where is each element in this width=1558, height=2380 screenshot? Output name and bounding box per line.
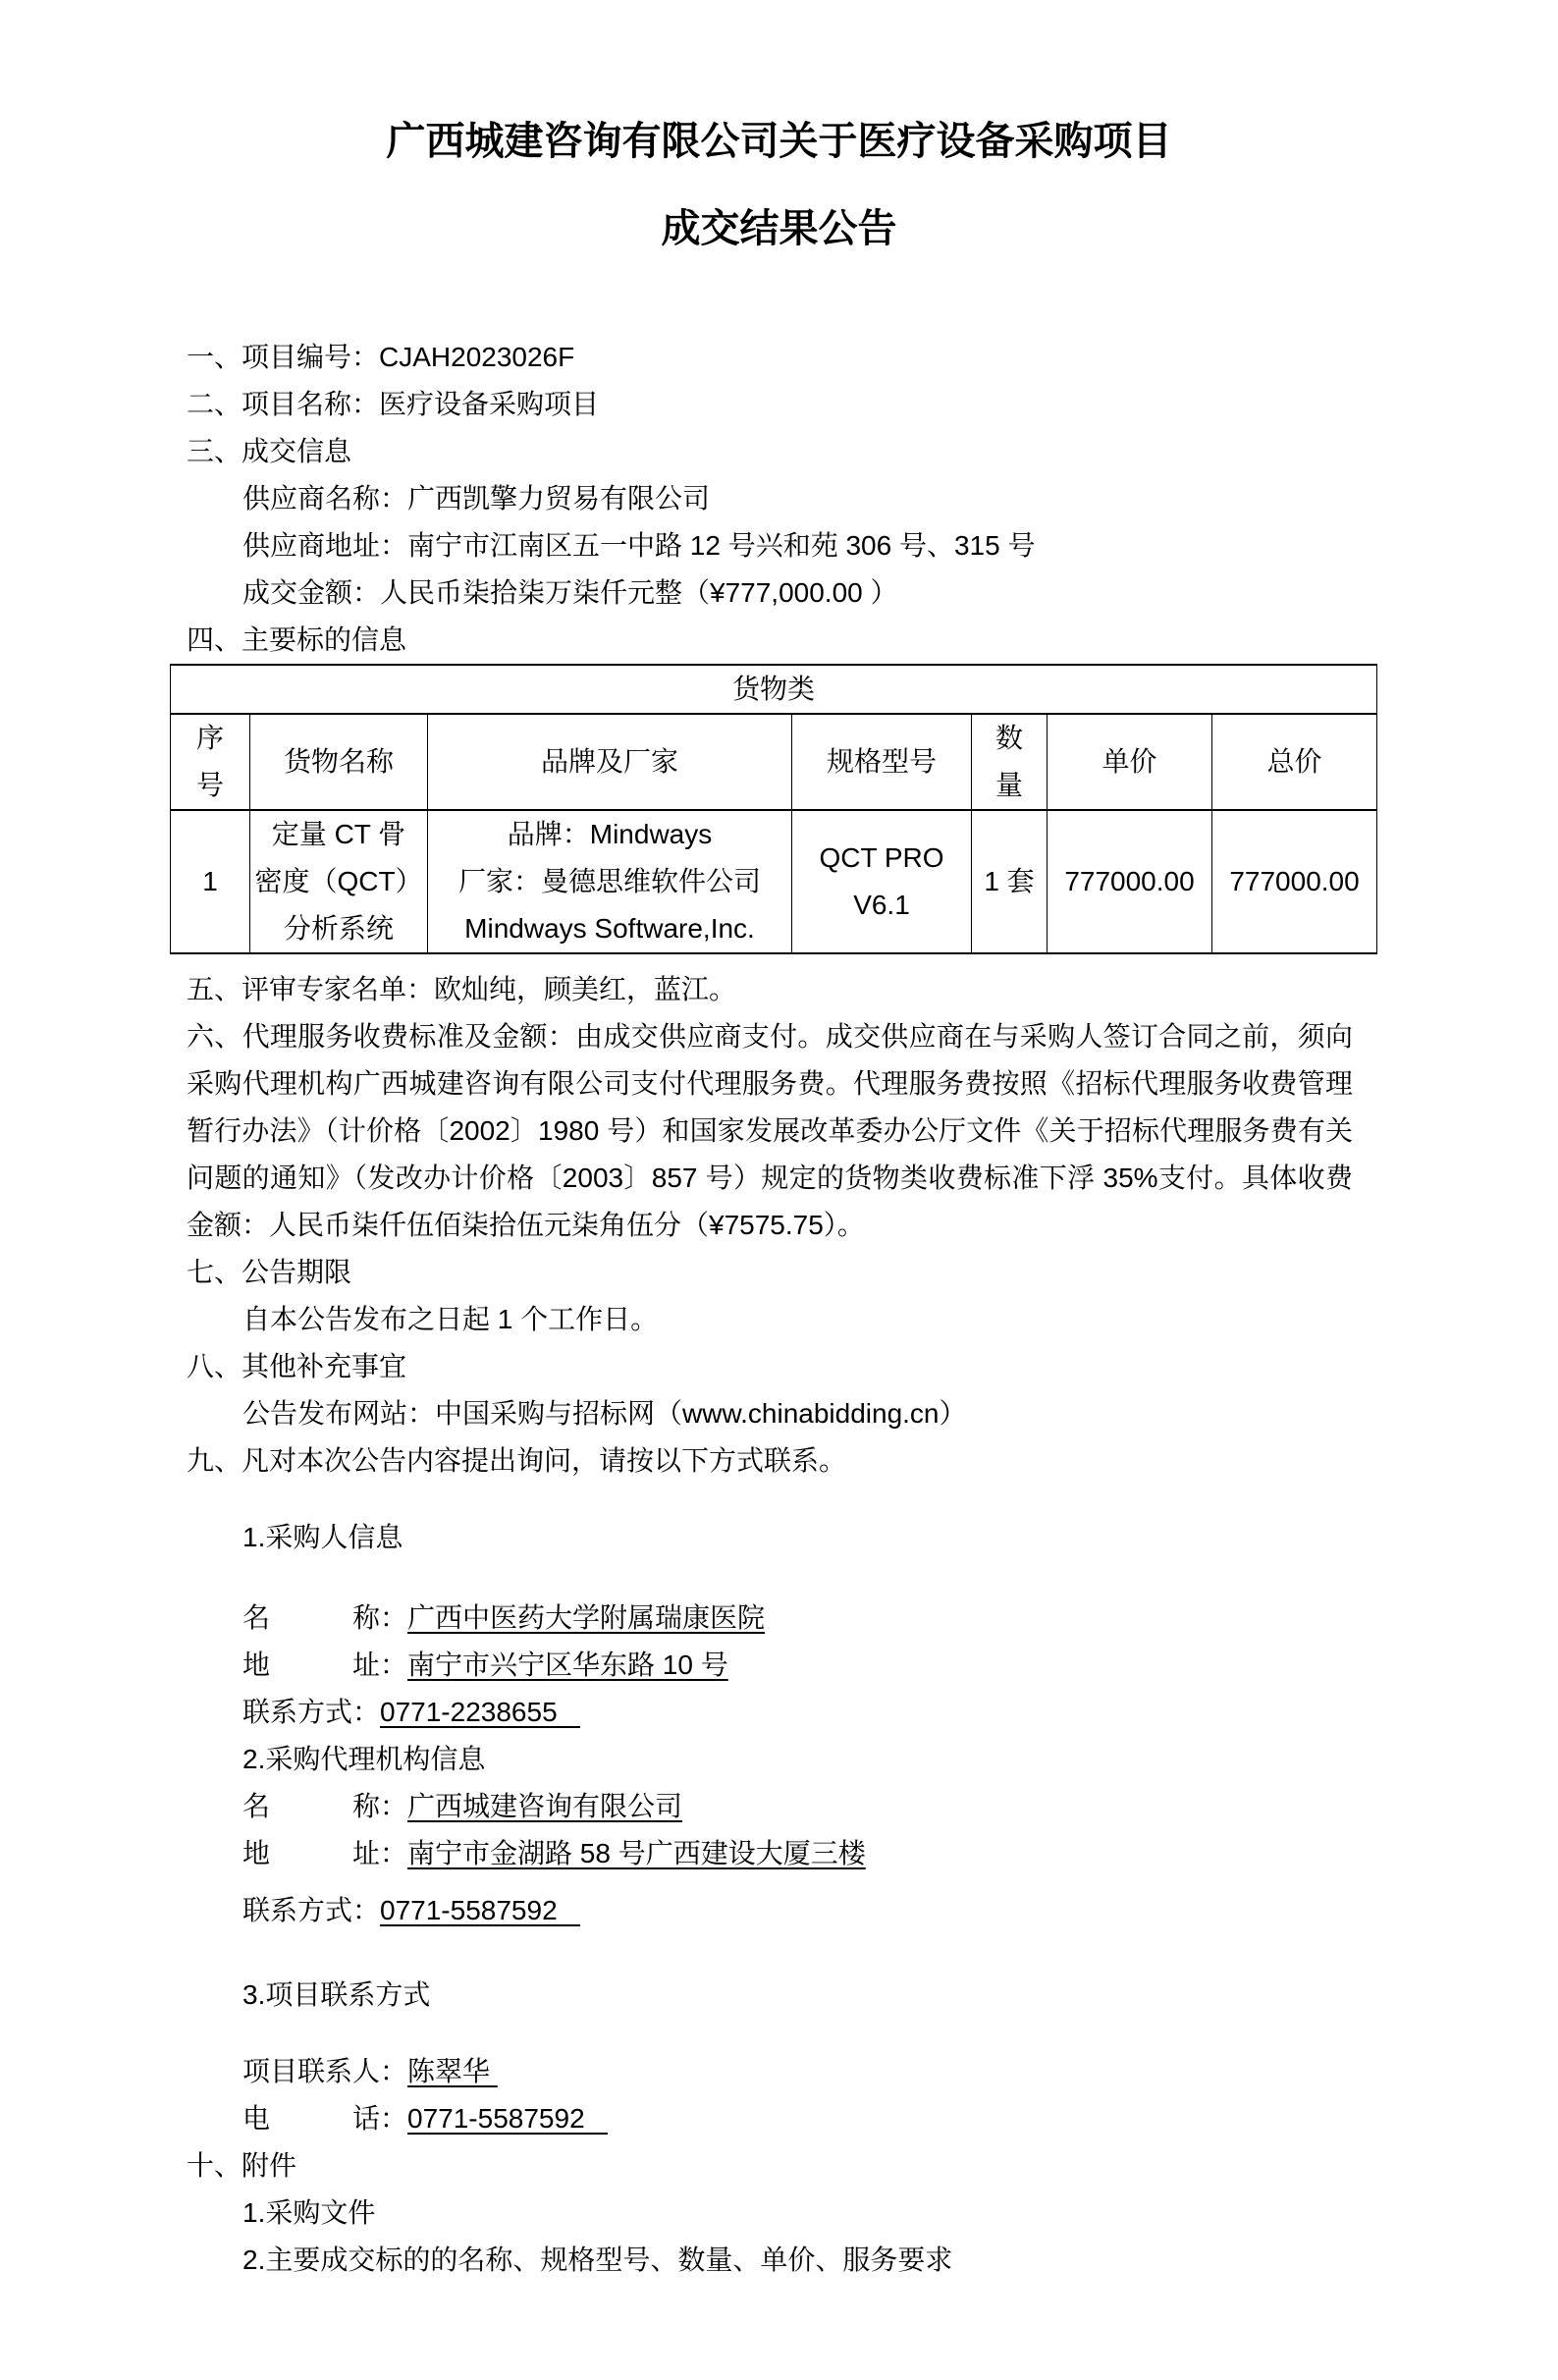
supplier-name-line: 供应商名称：广西凯擎力贸易有限公司	[187, 475, 1353, 522]
col-header-total-price: 总价	[1212, 714, 1377, 810]
col-header-goods-name: 货物名称	[250, 714, 428, 810]
agency-phone-label: 联系方式：	[242, 1895, 380, 1925]
col-header-unit-price: 单价	[1048, 714, 1212, 810]
agency-address-label: 地 址：	[242, 1838, 407, 1868]
purchaser-name-value: 广西中医药大学附属瑞康医院	[407, 1602, 765, 1633]
section-notice-period-heading: 七、公告期限	[187, 1249, 1353, 1296]
award-amount-line: 成交金额：人民币柒拾柒万柒仟元整（¥777,000.00 ）	[187, 569, 1353, 617]
section-project-name: 二、项目名称：医疗设备采购项目	[187, 381, 1353, 428]
agency-name-line: 名 称：广西城建咨询有限公司	[187, 1783, 1353, 1830]
purchaser-phone-line: 联系方式：0771-2238655	[187, 1689, 1353, 1736]
section-inquiry: 九、凡对本次公告内容提出询问，请按以下方式联系。	[187, 1437, 1353, 1485]
cell-seq: 1	[171, 810, 250, 953]
purchaser-address-label: 地 址：	[242, 1650, 407, 1680]
agency-name-label: 名 称：	[242, 1791, 407, 1821]
section-award-info-heading: 三、成交信息	[187, 428, 1353, 475]
cell-unit-price: 777000.00	[1048, 810, 1212, 953]
table-row: 1 定量 CT 骨 密度（QCT） 分析系统 品牌：Mindways 厂家：曼德…	[171, 810, 1377, 953]
document-title-line1: 广西城建咨询有限公司关于医疗设备采购项目	[0, 120, 1558, 163]
table-header-row: 序 号 货物名称 品牌及厂家 规格型号 数 量 单价 总价	[171, 714, 1377, 810]
col-header-qty: 数 量	[972, 714, 1048, 810]
col-header-model: 规格型号	[792, 714, 972, 810]
attachment-1: 1.采购文件	[187, 2190, 1353, 2237]
section-experts: 五、评审专家名单：欧灿纯，顾美红，蓝江。	[187, 966, 1353, 1013]
purchaser-address-value: 南宁市兴宁区华东路 10 号	[407, 1650, 728, 1680]
purchaser-phone-label: 联系方式：	[242, 1697, 380, 1727]
col-header-seq: 序 号	[171, 714, 250, 810]
agency-name-value: 广西城建咨询有限公司	[407, 1791, 682, 1821]
agency-address-value: 南宁市金湖路 58 号广西建设大厦三楼	[407, 1838, 866, 1868]
section-other-heading: 八、其他补充事宜	[187, 1343, 1353, 1390]
purchaser-phone-value: 0771-2238655	[380, 1697, 580, 1727]
table-category-header: 货物类	[171, 665, 1377, 714]
section-project-number: 一、项目编号：CJAH2023026F	[187, 334, 1353, 381]
project-person-line: 项目联系人：陈翠华	[187, 2048, 1353, 2095]
supplier-address-line: 供应商地址：南宁市江南区五一中路 12 号兴和苑 306 号、315 号	[187, 522, 1353, 569]
document-title-line2: 成交结果公告	[0, 207, 1558, 250]
table-category-row: 货物类	[171, 665, 1377, 714]
cell-goods-name: 定量 CT 骨 密度（QCT） 分析系统	[250, 810, 428, 953]
goods-table: 货物类 序 号 货物名称 品牌及厂家 规格型号 数 量 单价 总价 1 定量 C…	[170, 664, 1377, 954]
section-attachment-heading: 十、附件	[187, 2142, 1353, 2190]
section-main-subject-heading: 四、主要标的信息	[187, 617, 1353, 664]
purchaser-address-line: 地 址：南宁市兴宁区华东路 10 号	[187, 1642, 1353, 1689]
purchaser-heading: 1.采购人信息	[187, 1514, 1353, 1561]
agency-phone-line: 联系方式：0771-5587592	[187, 1887, 1353, 1934]
agency-phone-value: 0771-5587592	[380, 1895, 580, 1925]
project-contact-heading: 3.项目联系方式	[187, 1972, 1353, 2019]
other-body: 公告发布网站：中国采购与招标网（www.chinabidding.cn）	[187, 1390, 1353, 1437]
cell-brand: 品牌：Mindways 厂家：曼德思维软件公司 Mindways Softwar…	[428, 810, 792, 953]
attachment-2: 2.主要成交标的的名称、规格型号、数量、单价、服务要求	[187, 2237, 1353, 2284]
project-phone-value: 0771-5587592	[407, 2103, 608, 2134]
project-person-value: 陈翠华	[407, 2056, 498, 2086]
purchaser-name-label: 名 称：	[242, 1602, 407, 1633]
cell-total-price: 777000.00	[1212, 810, 1377, 953]
document-page: 广西城建咨询有限公司关于医疗设备采购项目 成交结果公告 一、项目编号：CJAH2…	[0, 0, 1558, 2380]
purchaser-name-line: 名 称：广西中医药大学附属瑞康医院	[187, 1595, 1353, 1642]
project-person-label: 项目联系人：	[242, 2056, 407, 2086]
section-agency-fee: 六、代理服务收费标准及金额：由成交供应商支付。成交供应商在与采购人签订合同之前，…	[187, 1013, 1353, 1249]
project-phone-label: 电 话：	[242, 2103, 407, 2134]
notice-period-body: 自本公告发布之日起 1 个工作日。	[187, 1296, 1353, 1343]
agency-heading: 2.采购代理机构信息	[187, 1736, 1353, 1783]
cell-qty: 1 套	[972, 810, 1048, 953]
document-body: 一、项目编号：CJAH2023026F 二、项目名称：医疗设备采购项目 三、成交…	[187, 334, 1353, 2284]
col-header-brand: 品牌及厂家	[428, 714, 792, 810]
project-phone-line: 电 话：0771-5587592	[187, 2095, 1353, 2142]
agency-address-line: 地 址：南宁市金湖路 58 号广西建设大厦三楼	[187, 1830, 1353, 1877]
cell-model: QCT PRO V6.1	[792, 810, 972, 953]
